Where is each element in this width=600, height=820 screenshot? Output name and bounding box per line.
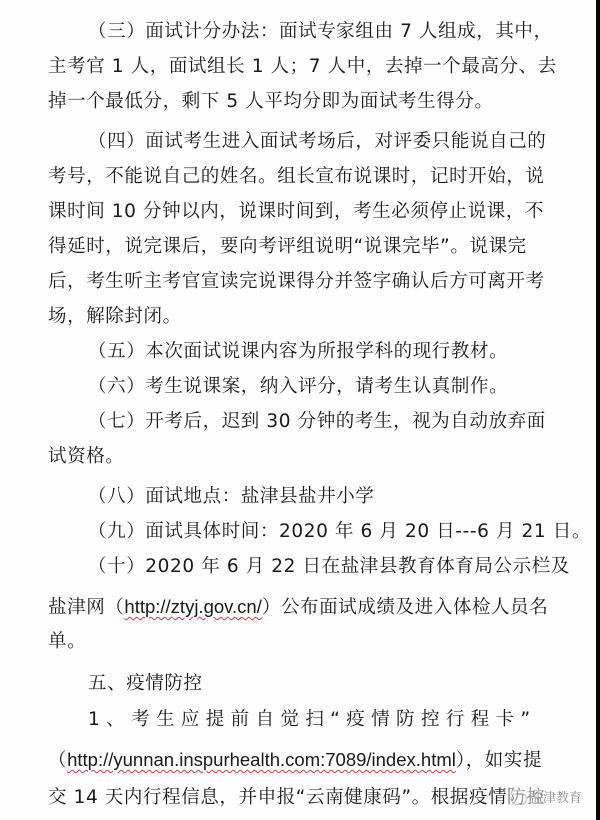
paragraph-6-line-1: （六）考生说课案，纳入评分，请考生认真制作。 (88, 375, 600, 399)
yanjin-website-link[interactable]: http://ztyj.gov.cn/ (124, 596, 261, 617)
paragraph-10-line-3: 单。 (48, 630, 568, 654)
paragraph-7-line-2: 试资格。 (48, 445, 568, 469)
paragraph-10-line-2-suffix: ）公布面试成绩及进入体检人员名 (262, 597, 549, 618)
paragraph-10-line-2-prefix: 盐津网（ (48, 597, 124, 618)
paragraph-10-line-1: （十）2020 年 6 月 22 日在盐津县教育体育局公示栏及 (88, 555, 600, 579)
paragraph-3-line-3: 掉一个最低分，剩下 5 人平均分即为面试考生得分。 (48, 90, 568, 114)
wechat-icon (511, 793, 527, 805)
wechat-watermark: 盐津教育 (509, 787, 584, 806)
paragraph-4-line-6: 场，解除封闭。 (48, 305, 568, 329)
right-edge-border (596, 0, 600, 820)
paragraph-10-line-2: 盐津网（http://ztyj.gov.cn/）公布面试成绩及进入体检人员名 (48, 595, 568, 620)
paragraph-4-line-3: 课时间 10 分钟以内，说课时间到，考生必须停止说课，不 (48, 200, 568, 224)
section-5-heading: 五、疫情防控 (88, 672, 600, 696)
paragraph-3-line-1: （三）面试计分办法：面试专家组由 7 人组成，其中， (88, 20, 600, 44)
paragraph-7-line-1: （七）开考后，迟到 30 分钟的考生，视为自动放弃面 (88, 410, 600, 434)
paragraph-4-line-1: （四）面试考生进入面试考场后，对评委只能说自己的 (88, 130, 600, 154)
document-page: （三）面试计分办法：面试专家组由 7 人组成，其中， 主考官 1 人，面试组长 … (0, 0, 596, 820)
paragraph-4-line-4: 得延时，说完课后，要向考评组说明“说课完毕”。说课完 (48, 235, 568, 259)
section-5-item-1-line-3: 交 14 天内行程信息，并申报“云南健康码”。根据疫情防控 (48, 786, 568, 810)
watermark-text: 盐津教育 (530, 791, 582, 806)
paragraph-4-line-2: 考号，不能说自己的姓名。组长宣布说课时，记时开始，说 (48, 165, 568, 189)
paragraph-3-line-2: 主考官 1 人，面试组长 1 人；7 人中，去掉一个最高分、去 (48, 55, 568, 79)
paragraph-9-line-1: （九）面试具体时间：2020 年 6 月 20 日---6 月 21 日。 (88, 520, 600, 544)
paragraph-8-line-1: （八）面试地点：盐津县盐井小学 (88, 485, 600, 509)
travel-card-link[interactable]: http://yunnan.inspurhealth.com:7089/inde… (67, 749, 456, 770)
section-5-item-1-line-2-suffix: ），如实提 (456, 750, 542, 771)
paragraph-5-line-1: （五）本次面试说课内容为所报学科的现行教材。 (88, 340, 600, 364)
section-5-item-1-line-1: 1、考生应提前自觉扫“疫情防控行程卡” (88, 708, 600, 732)
paragraph-4-line-5: 后，考生听主考官宣读完说课得分并签字确认后方可离开考 (48, 270, 568, 294)
section-5-item-1-line-2: （http://yunnan.inspurhealth.com:7089/ind… (48, 748, 568, 773)
section-5-item-1-line-2-prefix: （ (48, 750, 67, 771)
